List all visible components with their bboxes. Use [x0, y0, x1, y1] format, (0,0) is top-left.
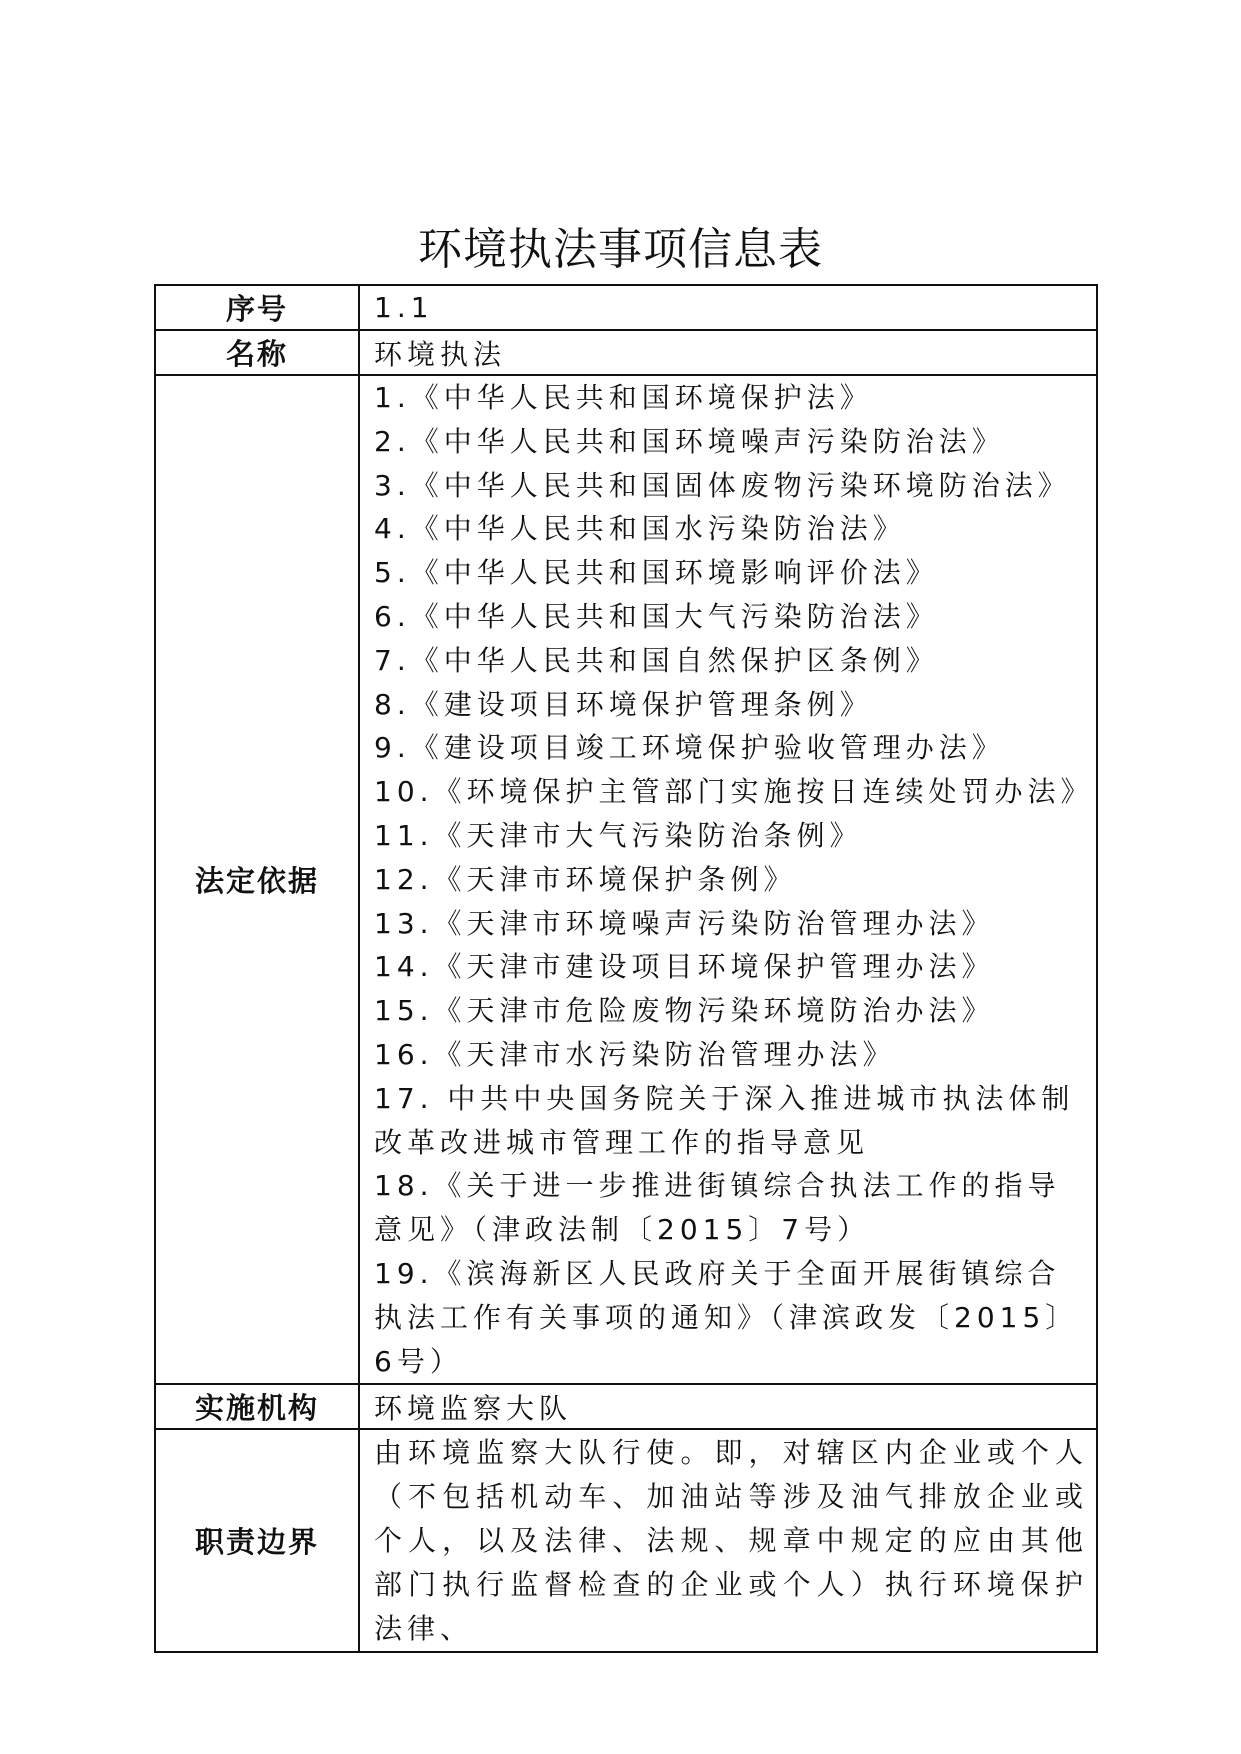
info-table: 序号 1.1 名称 环境执法 法定依据 1.《中华人民共和国环境保护法》 2.《… — [154, 284, 1098, 1653]
table-row-legal-basis: 法定依据 1.《中华人民共和国环境保护法》 2.《中华人民共和国环境噪声污染防治… — [155, 375, 1097, 1384]
list-item: 5.《中华人民共和国环境影响评价法》 — [374, 551, 1088, 595]
list-item: 18.《关于进一步推进街镇综合执法工作的指导意见》（津政法制〔2015〕7号） — [374, 1164, 1088, 1252]
list-item: 7.《中华人民共和国自然保护区条例》 — [374, 639, 1088, 683]
list-item: 12.《天津市环境保护条例》 — [374, 858, 1088, 902]
list-item: 10.《环境保护主管部门实施按日连续处罚办法》 — [374, 770, 1088, 814]
serial-label: 序号 — [155, 285, 359, 330]
list-item: 13.《天津市环境噪声污染防治管理办法》 — [374, 902, 1088, 946]
responsibility-boundary-value: 由环境监察大队行使。即，对辖区内企业或个人（不包括机动车、加油站等涉及油气排放企… — [359, 1429, 1097, 1652]
table-row-responsibility-boundary: 职责边界 由环境监察大队行使。即，对辖区内企业或个人（不包括机动车、加油站等涉及… — [155, 1429, 1097, 1652]
list-item: 6.《中华人民共和国大气污染防治法》 — [374, 595, 1088, 639]
implementing-agency-label: 实施机构 — [155, 1384, 359, 1429]
list-item: 15.《天津市危险废物污染环境防治办法》 — [374, 989, 1088, 1033]
name-label: 名称 — [155, 330, 359, 375]
table-row-name: 名称 环境执法 — [155, 330, 1097, 375]
list-item: 14.《天津市建设项目环境保护管理办法》 — [374, 945, 1088, 989]
list-item: 3.《中华人民共和国固体废物污染环境防治法》 — [374, 464, 1088, 508]
table-row-serial: 序号 1.1 — [155, 285, 1097, 330]
list-item: 11.《天津市大气污染防治条例》 — [374, 814, 1088, 858]
list-item: 2.《中华人民共和国环境噪声污染防治法》 — [374, 420, 1088, 464]
legal-basis-value: 1.《中华人民共和国环境保护法》 2.《中华人民共和国环境噪声污染防治法》 3.… — [359, 375, 1097, 1384]
responsibility-boundary-text: 由环境监察大队行使。即，对辖区内企业或个人（不包括机动车、加油站等涉及油气排放企… — [374, 1430, 1088, 1651]
implementing-agency-value: 环境监察大队 — [359, 1384, 1097, 1429]
list-item: 9.《建设项目竣工环境保护验收管理办法》 — [374, 726, 1088, 770]
list-item: 4.《中华人民共和国水污染防治法》 — [374, 507, 1088, 551]
document-title: 环境执法事项信息表 — [0, 222, 1241, 278]
serial-value: 1.1 — [359, 285, 1097, 330]
list-item: 17. 中共中央国务院关于深入推进城市执法体制改革改进城市管理工作的指导意见 — [374, 1077, 1088, 1165]
list-item: 19.《滨海新区人民政府关于全面开展街镇综合执法工作有关事项的通知》（津滨政发〔… — [374, 1252, 1088, 1383]
list-item: 1.《中华人民共和国环境保护法》 — [374, 376, 1088, 420]
list-item: 16.《天津市水污染防治管理办法》 — [374, 1033, 1088, 1077]
name-value: 环境执法 — [359, 330, 1097, 375]
list-item: 8.《建设项目环境保护管理条例》 — [374, 683, 1088, 727]
legal-basis-label: 法定依据 — [155, 375, 359, 1384]
responsibility-boundary-label: 职责边界 — [155, 1429, 359, 1652]
legal-basis-list: 1.《中华人民共和国环境保护法》 2.《中华人民共和国环境噪声污染防治法》 3.… — [374, 376, 1088, 1383]
table-row-implementing-agency: 实施机构 环境监察大队 — [155, 1384, 1097, 1429]
